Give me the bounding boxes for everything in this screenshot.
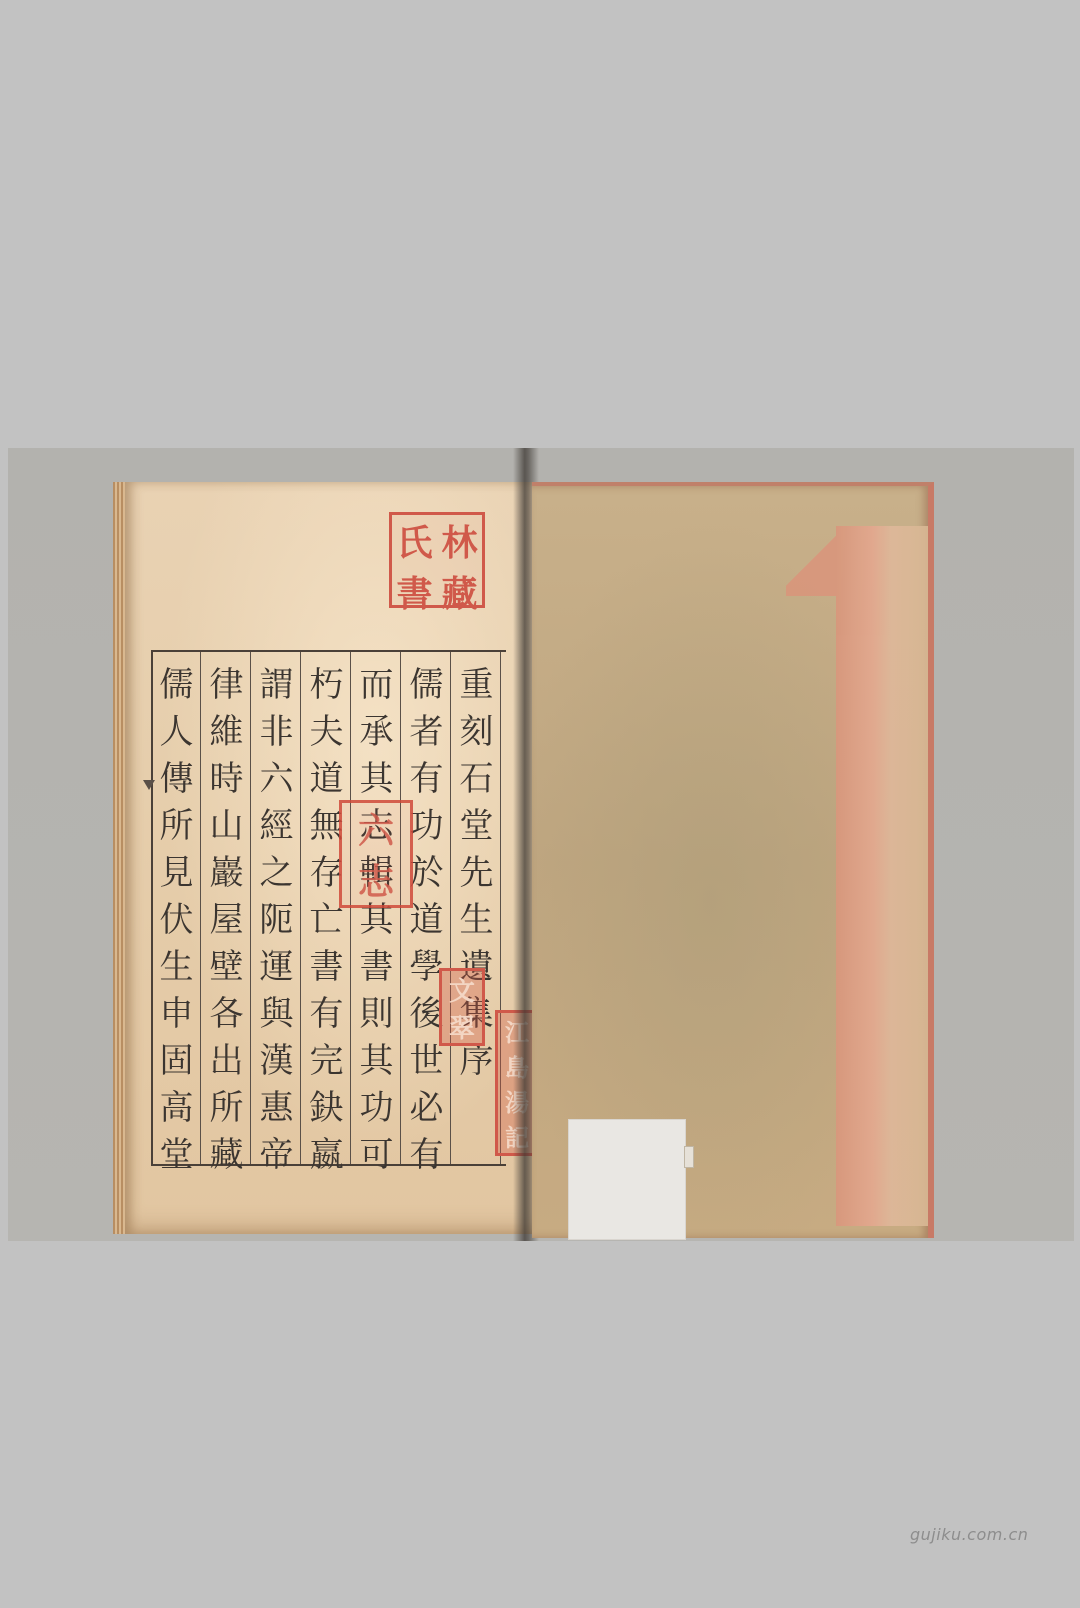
- char: 律: [210, 662, 244, 709]
- char: 於: [410, 850, 444, 897]
- char: 時: [210, 756, 244, 803]
- char: 之: [260, 850, 294, 897]
- seal-char: 六: [342, 803, 410, 854]
- char: 完: [310, 1038, 344, 1085]
- char: 重: [460, 662, 494, 709]
- char: 其: [360, 756, 394, 803]
- char: 則: [360, 991, 394, 1038]
- char: 鈌: [310, 1085, 344, 1132]
- char: 帝: [260, 1132, 294, 1179]
- char: 壁: [210, 944, 244, 991]
- seal-char: 林: [437, 515, 482, 566]
- char: 出: [210, 1038, 244, 1085]
- char: 漢: [260, 1038, 294, 1085]
- char: 功: [410, 803, 444, 850]
- char: 儒: [410, 662, 444, 709]
- char: 伏: [160, 897, 194, 944]
- char: 各: [210, 991, 244, 1038]
- char: 六: [260, 756, 294, 803]
- right-page: [532, 482, 934, 1238]
- char: 有: [310, 991, 344, 1038]
- char: 謂: [260, 662, 294, 709]
- char: 道: [410, 897, 444, 944]
- char: 道: [310, 756, 344, 803]
- seal-char: 藏: [437, 566, 482, 617]
- char: 生: [160, 944, 194, 991]
- seal-char: 文: [442, 971, 482, 1008]
- char: 堂: [160, 1132, 194, 1179]
- binding-strip: [836, 526, 928, 1226]
- char: 者: [410, 709, 444, 756]
- char: 先: [460, 850, 494, 897]
- char: 生: [460, 897, 494, 944]
- char: 朽: [310, 662, 344, 709]
- page-edge: [113, 482, 125, 1234]
- seal-middle: 六 志: [339, 800, 413, 908]
- seal-char: 書: [392, 566, 437, 617]
- text-column-3: 朽 夫 道 無 存 亡 書 有 完 鈌 嬴: [303, 652, 351, 1164]
- char: 巖: [210, 850, 244, 897]
- text-column-5: 律 維 時 山 巖 屋 壁 各 出 所 藏: [203, 652, 251, 1164]
- char: 惠: [260, 1085, 294, 1132]
- char: 見: [160, 850, 194, 897]
- text-column-6: 儒 人 傳 所 見 伏 生 申 固 高 堂: [153, 652, 201, 1164]
- char: 嬴: [310, 1132, 344, 1179]
- char: 所: [210, 1085, 244, 1132]
- char: 非: [260, 709, 294, 756]
- char: 功: [360, 1085, 394, 1132]
- char: 書: [360, 944, 394, 991]
- char: 石: [460, 756, 494, 803]
- watermark: gujiku.com.cn: [910, 1525, 1028, 1544]
- char: 其: [360, 1038, 394, 1085]
- char: 夫: [310, 709, 344, 756]
- char: 傳: [160, 756, 194, 803]
- char: 固: [160, 1038, 194, 1085]
- text-column-1: 儒 者 有 功 於 道 學 後 世 必 有: [403, 652, 451, 1164]
- char: 與: [260, 991, 294, 1038]
- char: 運: [260, 944, 294, 991]
- char: 屋: [210, 897, 244, 944]
- char: 申: [160, 991, 194, 1038]
- char: 阨: [260, 897, 294, 944]
- char: 經: [260, 803, 294, 850]
- text-frame: 重 刻 石 堂 先 生 遺 集 序 儒 者 有 功 於 道 學 後 世 必 有 …: [151, 650, 506, 1166]
- seal-small: 文 翠: [439, 968, 485, 1046]
- seal-char: 志: [342, 854, 410, 905]
- char: 維: [210, 709, 244, 756]
- seal-char: 氏: [392, 515, 437, 566]
- left-page: 氏 林 書 藏 重 刻 石 堂 先 生 遺 集 序 儒 者 有 功 於 道 學 …: [113, 482, 543, 1234]
- char: 而: [360, 662, 394, 709]
- char: 有: [410, 1132, 444, 1179]
- char: 高: [160, 1085, 194, 1132]
- char: 可: [360, 1132, 394, 1179]
- text-column-2: 而 承 其 志 輯 其 書 則 其 功 可: [353, 652, 401, 1164]
- char: 刻: [460, 709, 494, 756]
- char: 儒: [160, 662, 194, 709]
- char: 承: [360, 709, 394, 756]
- text-column-4: 謂 非 六 經 之 阨 運 與 漢 惠 帝: [253, 652, 301, 1164]
- char: 山: [210, 803, 244, 850]
- seal-top: 氏 林 書 藏: [389, 512, 485, 608]
- char: 有: [410, 756, 444, 803]
- char: 人: [160, 709, 194, 756]
- char: 藏: [210, 1132, 244, 1179]
- slip-tab: [684, 1146, 694, 1168]
- char: 必: [410, 1085, 444, 1132]
- char: 堂: [460, 803, 494, 850]
- seal-char: 翠: [442, 1008, 482, 1045]
- title-column: 重 刻 石 堂 先 生 遺 集 序: [453, 652, 501, 1164]
- char: 書: [310, 944, 344, 991]
- label-slip: [568, 1119, 686, 1240]
- char: 所: [160, 803, 194, 850]
